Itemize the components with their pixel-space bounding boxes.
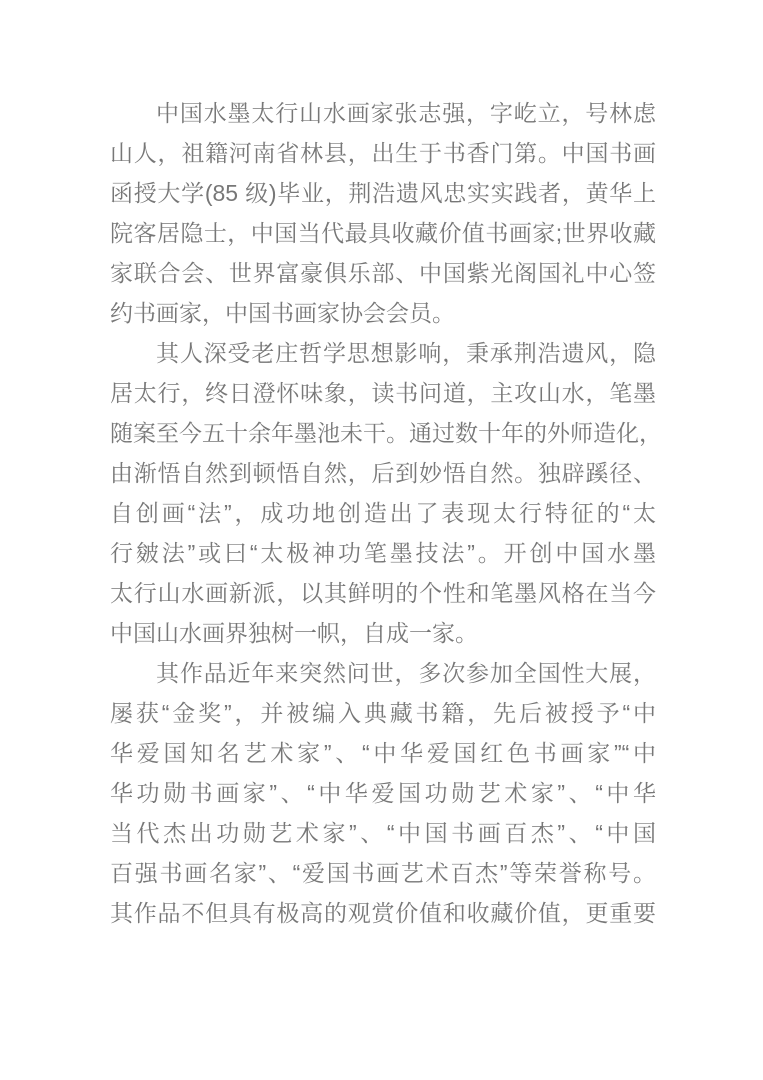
text-line: 院客居隐士，中国当代最具收藏价值书画家;世界收藏 <box>110 213 656 253</box>
text-line: 随案至今五十余年墨池未干。通过数十年的外师造化， <box>110 413 656 453</box>
text-line: 行皴法”或曰“太极神功笔墨技法”。开创中国水墨 <box>110 533 656 573</box>
text-line: 函授大学(85 级)毕业，荆浩遗风忠实实践者，黄华上 <box>110 173 656 213</box>
text-line: 中国山水画界独树一帜，自成一家。 <box>110 613 656 653</box>
text-line: 太行山水画新派，以其鲜明的个性和笔墨风格在当今 <box>110 573 656 613</box>
text-line: 华功勋书画家”、“中华爱国功勋艺术家”、“中华 <box>110 773 656 813</box>
text-line: 约书画家，中国书画家协会会员。 <box>110 293 656 333</box>
text-line: 当代杰出功勋艺术家”、“中国书画百杰”、“中国 <box>110 813 656 853</box>
text-line: 屡获“金奖”，并被编入典藏书籍，先后被授予“中 <box>110 693 656 733</box>
text-line: 家联合会、世界富豪俱乐部、中国紫光阁国礼中心签 <box>110 253 656 293</box>
text-line: 中国水墨太行山水画家张志强，字屹立，号林虑 <box>110 93 656 133</box>
text-line: 山人，祖籍河南省林县，出生于书香门第。中国书画 <box>110 133 656 173</box>
document-page: 中国水墨太行山水画家张志强，字屹立，号林虑 山人，祖籍河南省林县，出生于书香门第… <box>0 0 763 1080</box>
document-text-body: 中国水墨太行山水画家张志强，字屹立，号林虑 山人，祖籍河南省林县，出生于书香门第… <box>110 93 656 933</box>
text-line: 居太行，终日澄怀味象，读书问道，主攻山水，笔墨 <box>110 373 656 413</box>
text-line: 其作品不但具有极高的观赏价值和收藏价值，更重要 <box>110 893 656 933</box>
text-line: 自创画“法”，成功地创造出了表现太行特征的“太 <box>110 493 656 533</box>
paragraph-biography: 中国水墨太行山水画家张志强，字屹立，号林虑 山人，祖籍河南省林县，出生于书香门第… <box>110 93 656 333</box>
paragraph-artistic-style: 其人深受老庄哲学思想影响，秉承荆浩遗风，隐 居太行，终日澄怀味象，读书问道，主攻… <box>110 333 656 653</box>
paragraph-honors: 其作品近年来突然问世，多次参加全国性大展， 屡获“金奖”，并被编入典藏书籍，先后… <box>110 653 656 933</box>
text-line: 其人深受老庄哲学思想影响，秉承荆浩遗风，隐 <box>110 333 656 373</box>
text-line: 百强书画名家”、“爱国书画艺术百杰”等荣誉称号。 <box>110 853 656 893</box>
text-line: 其作品近年来突然问世，多次参加全国性大展， <box>110 653 656 693</box>
text-line: 由渐悟自然到顿悟自然，后到妙悟自然。独辟蹊径、 <box>110 453 656 493</box>
text-line: 华爱国知名艺术家”、“中华爱国红色书画家”“中 <box>110 733 656 773</box>
